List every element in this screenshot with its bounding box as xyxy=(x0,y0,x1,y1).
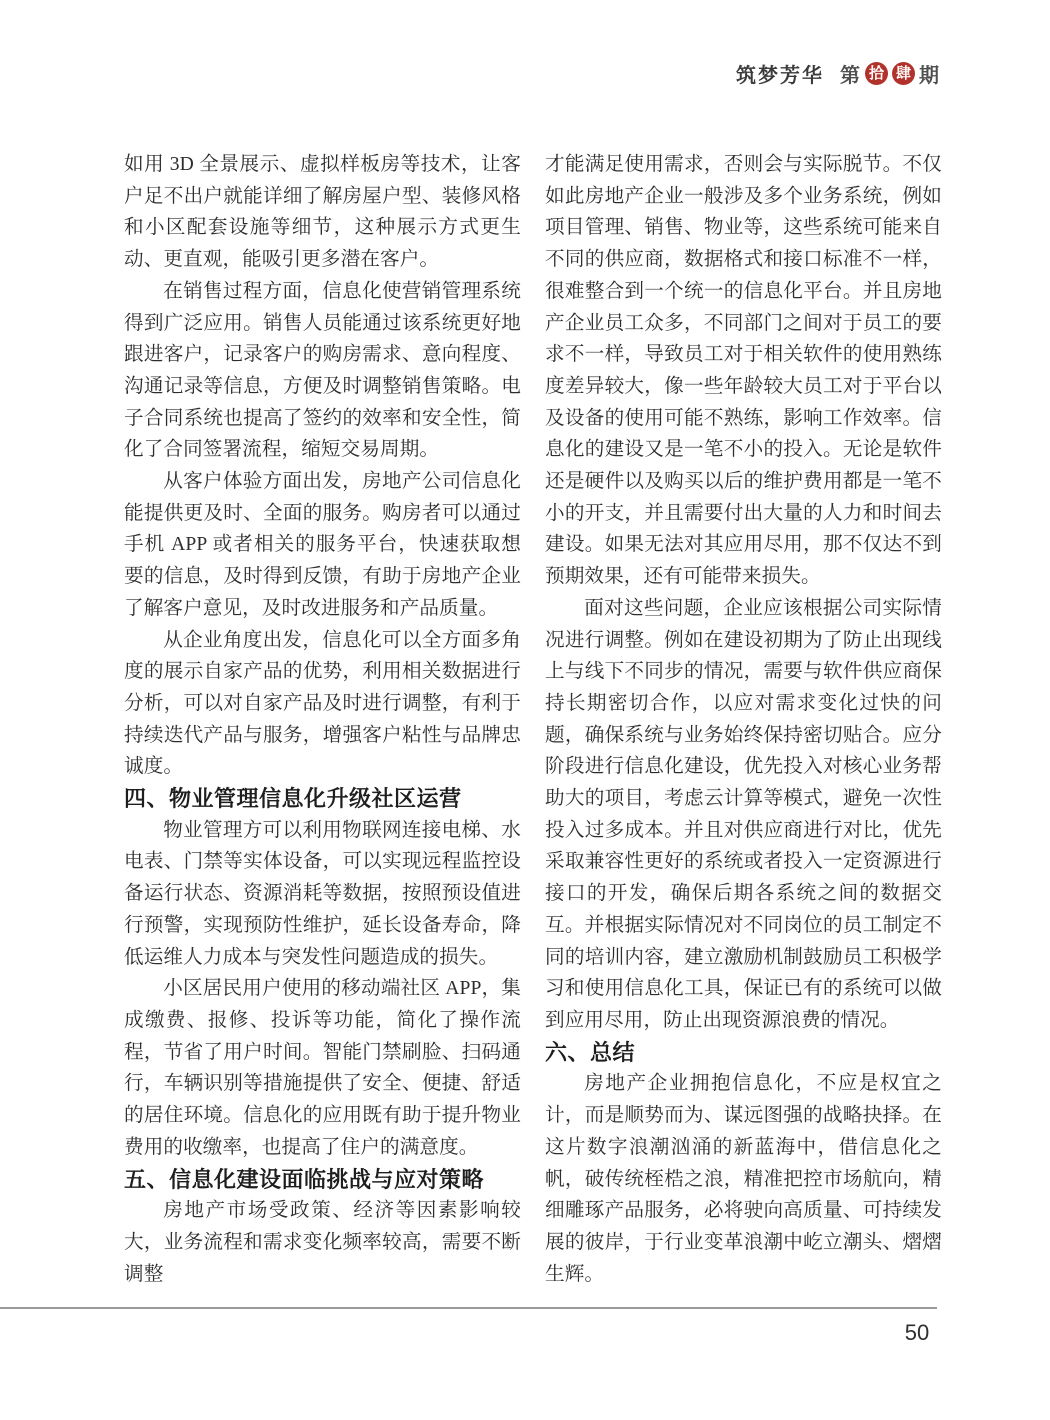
issue-suffix: 期 xyxy=(919,59,940,88)
column-right: 才能满足使用需求，否则会与实际脱节。不仅如此房地产企业一般涉及多个业务系统，例如… xyxy=(545,149,942,1290)
magazine-title: 筑梦芳华 xyxy=(736,59,824,88)
body-paragraph: 才能满足使用需求，否则会与实际脱节。不仅如此房地产企业一般涉及多个业务系统，例如… xyxy=(545,149,942,593)
body-paragraph: 在销售过程方面，信息化使营销管理系统得到广泛应用。销售人员能通过该系统更好地跟进… xyxy=(124,276,521,466)
body-paragraph: 面对这些问题，企业应该根据公司实际情况进行调整。例如在建设初期为了防止出现线上与… xyxy=(545,593,942,1037)
issue-digit-badge-1: 拾 xyxy=(865,62,888,85)
page-header: 筑梦芳华 第 拾 肆 期 xyxy=(736,58,940,88)
page-number: 50 xyxy=(894,1320,940,1346)
body-paragraph: 如用 3D 全景展示、虚拟样板房等技术，让客户足不出户就能详细了解房屋户型、装修… xyxy=(124,149,521,276)
issue-digit-badge-2: 肆 xyxy=(892,62,915,85)
body-paragraph: 房地产企业拥抱信息化，不应是权宜之计，而是顺势而为、谋远图强的战略抉择。在这片数… xyxy=(545,1068,942,1290)
section-heading: 五、信息化建设面临挑战与应对策略 xyxy=(124,1164,521,1196)
body-paragraph: 房地产市场受政策、经济等因素影响较大，业务流程和需求变化频率较高，需要不断调整 xyxy=(124,1195,521,1290)
section-heading: 六、总结 xyxy=(545,1037,942,1069)
body-paragraph: 从客户体验方面出发，房地产公司信息化能提供更及时、全面的服务。购房者可以通过手机… xyxy=(124,466,521,625)
body-paragraph: 物业管理方可以利用物联网连接电梯、水电表、门禁等实体设备，可以实现远程监控设备运… xyxy=(124,815,521,974)
footer-rule xyxy=(0,1307,937,1309)
body-paragraph: 小区居民用户使用的移动端社区 APP，集成缴费、报修、投诉等功能，简化了操作流程… xyxy=(124,973,521,1163)
issue-prefix: 第 xyxy=(840,59,861,88)
section-heading: 四、物业管理信息化升级社区运营 xyxy=(124,783,521,815)
body-paragraph: 从企业角度出发，信息化可以全方面多角度的展示自家产品的优势，利用相关数据进行分析… xyxy=(124,625,521,784)
magazine-page: 筑梦芳华 第 拾 肆 期 如用 3D 全景展示、虚拟样板房等技术，让客户足不出户… xyxy=(0,0,1050,1420)
column-left: 如用 3D 全景展示、虚拟样板房等技术，让客户足不出户就能详细了解房屋户型、装修… xyxy=(124,149,521,1290)
